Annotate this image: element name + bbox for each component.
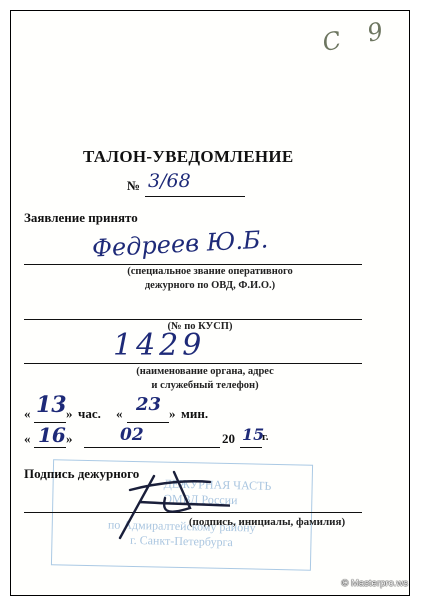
organ-caption-line-1: (наименование органа, адрес bbox=[90, 365, 320, 379]
month-value: 02 bbox=[120, 425, 144, 445]
officer-caption-line-1: (специальное звание оперативного bbox=[60, 265, 360, 279]
month-underline bbox=[84, 447, 220, 448]
minute-underline bbox=[127, 422, 169, 423]
year-underline bbox=[240, 447, 262, 448]
hour-label: час. bbox=[78, 406, 101, 422]
hour-open-quote: « bbox=[24, 406, 31, 422]
officer-caption-line-2: дежурного по ОВД, Ф.И.О.) bbox=[60, 279, 360, 293]
date-row: « 16 » 02 20 15 г. bbox=[24, 431, 324, 453]
day-value: 16 bbox=[38, 423, 66, 447]
officer-caption: (специальное звание оперативного дежурно… bbox=[60, 265, 360, 293]
organ-caption-line-2: и служебный телефон) bbox=[90, 379, 320, 393]
kusp-value: 1429 bbox=[113, 328, 205, 363]
day-close-quote: » bbox=[66, 431, 73, 447]
hour-close-quote: » bbox=[66, 406, 73, 422]
day-underline bbox=[34, 447, 66, 448]
organ-caption: (наименование органа, адрес и служебный … bbox=[90, 365, 320, 393]
year-suffix: г. bbox=[262, 431, 269, 443]
time-row: « 13 » час. « 23 » мин. bbox=[24, 406, 324, 428]
watermark: © Masterpro.ws bbox=[341, 578, 408, 589]
minute-value: 23 bbox=[136, 394, 161, 415]
number-prefix: № bbox=[127, 178, 140, 194]
year-value: 15 bbox=[242, 425, 264, 444]
statement-label: Заявление принято bbox=[24, 210, 138, 226]
number-underline bbox=[145, 196, 245, 197]
page-title: ТАЛОН-УВЕДОМЛЕНИЕ bbox=[83, 147, 294, 167]
signature-scribble bbox=[70, 468, 230, 548]
number-value: 3/68 bbox=[148, 170, 191, 192]
minute-close-quote: » bbox=[169, 406, 176, 422]
hour-value: 13 bbox=[36, 392, 67, 418]
year-prefix: 20 bbox=[222, 431, 235, 447]
minute-open-quote: « bbox=[116, 406, 123, 422]
minute-label: мин. bbox=[181, 406, 208, 422]
day-open-quote: « bbox=[24, 431, 31, 447]
organ-line bbox=[24, 363, 362, 364]
